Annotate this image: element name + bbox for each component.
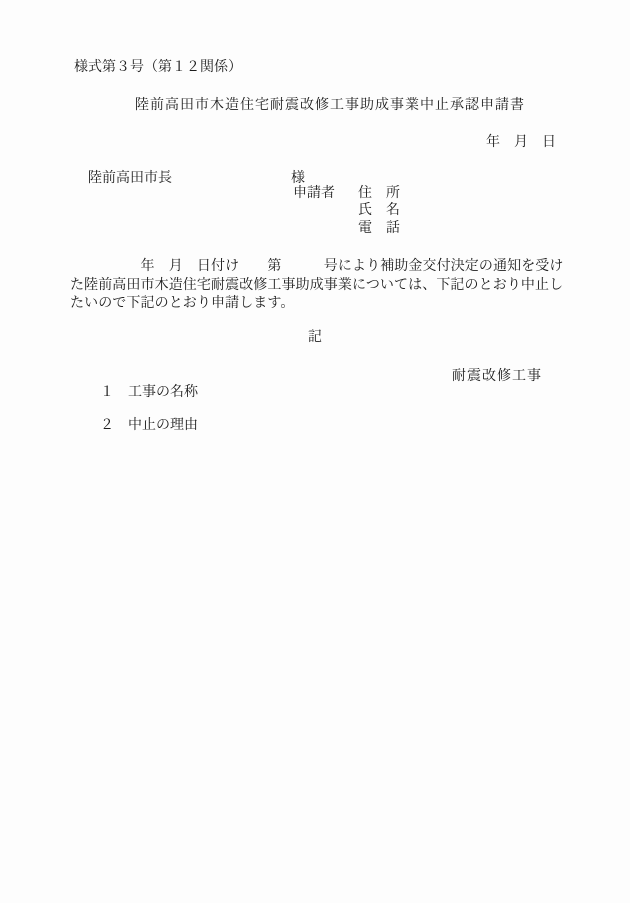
applicant-phone-row: 電 話 [293, 220, 400, 237]
applicant-block: 申請者住 所 氏 名 電 話 [293, 185, 400, 237]
addressee-honorific: 様 [291, 171, 305, 186]
document-title: 陸前高田市木造住宅耐震改修工事助成事業中止承認申請書 [135, 98, 525, 115]
body-paragraph-line-1: 年 月 日付け 第 号により補助金交付決定の通知を受け [70, 258, 562, 277]
body-paragraph-line-3: たいので下記のとおり申請します。 [70, 295, 562, 314]
applicant-phone-label: 電 話 [358, 220, 400, 237]
ki-heading: 記 [0, 330, 630, 347]
form-number: 様式第３号（第１２関係） [74, 60, 242, 77]
addressee-name: 陸前高田市長 [88, 171, 172, 186]
item-row-2: ２中止の理由 [0, 398, 630, 418]
item-row-1: １工事の名称 耐震改修工事 [0, 365, 630, 385]
body-paragraph: 年 月 日付け 第 号により補助金交付決定の通知を受け た陸前高田市木造住宅耐震… [70, 258, 562, 314]
date-line: 年 月 日 [70, 135, 556, 152]
applicant-name-row: 氏 名 [293, 202, 400, 219]
item-1-value: 耐震改修工事 [452, 365, 542, 385]
applicant-address-row: 申請者住 所 [293, 185, 400, 202]
applicant-indent-spacer [293, 202, 358, 219]
document-page: 様式第３号（第１２関係） 陸前高田市木造住宅耐震改修工事助成事業中止承認申請書 … [0, 0, 630, 903]
applicant-indent-spacer [293, 220, 358, 237]
applicant-name-label: 氏 名 [358, 202, 400, 219]
applicant-label: 申請者 [293, 185, 358, 202]
item-2-number: ２ [100, 414, 114, 434]
body-paragraph-line-2: た陸前高田市木造住宅耐震改修工事助成事業については、下記のとおり中止し [70, 277, 562, 296]
item-2-label: 中止の理由 [128, 418, 198, 433]
applicant-address-label: 住 所 [358, 185, 400, 202]
addressee-line: 陸前高田市長様 [74, 154, 305, 204]
item-2-label-group: ２中止の理由 [79, 398, 198, 450]
